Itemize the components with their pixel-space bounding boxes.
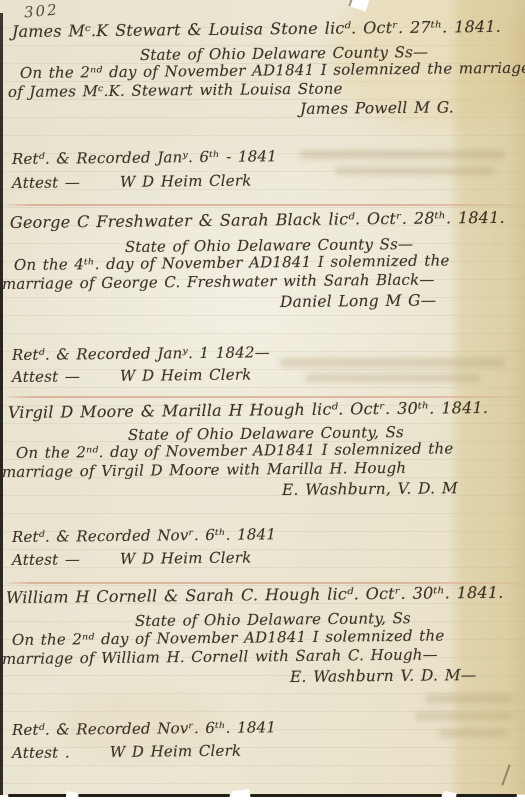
officiant-signature: James Powell M G. — [300, 98, 454, 118]
paper-crack — [501, 764, 510, 785]
entry-body-line: On the 2ⁿᵈ day of November AD1841 I sole… — [20, 59, 525, 82]
ink-bleed-through — [335, 167, 495, 175]
page-number: 302 — [23, 1, 59, 22]
ink-bleed-through — [300, 150, 505, 159]
clerk-signature: W D Heim Clerk — [110, 742, 242, 761]
attest-line: Attest .W D Heim Clerk — [12, 742, 242, 762]
entry-title: George C Freshwater & Sarah Black licᵈ. … — [10, 208, 505, 232]
attest-label: Attest — — [12, 367, 80, 386]
entry-title: James Mᶜ.K Stewart & Louisa Stone licᵈ. … — [12, 17, 501, 41]
entry-divider-line — [5, 204, 517, 206]
page-bottom-edge — [8, 794, 68, 797]
page-bottom-edge — [455, 794, 517, 797]
clerk-signature: W D Heim Clerk — [120, 365, 252, 384]
attest-label: Attest — — [12, 173, 80, 192]
attest-line: Attest —W D Heim Clerk — [12, 171, 252, 192]
entry-title: William H Cornell & Sarah C. Hough licᵈ.… — [6, 583, 504, 607]
page-bottom-edge — [78, 794, 230, 797]
ink-bleed-through — [438, 729, 508, 737]
paper-tear-notch — [231, 789, 250, 800]
page-bottom-edge — [250, 794, 442, 797]
paper-tear-notch — [348, 0, 369, 11]
scanned-ledger-page: 302 James Mᶜ.K Stewart & Louisa Stone li… — [0, 0, 525, 800]
entry-body-line: marriage of William H. Cornell with Sara… — [2, 645, 438, 668]
entry-body-line: of James Mᶜ.K. Stewart with Louisa Stone — [8, 79, 343, 101]
book-gutter-edge — [0, 13, 3, 797]
officiant-signature: E. Washburn, V. D. M — [282, 479, 458, 499]
ink-bleed-through — [280, 358, 505, 367]
clerk-signature: W D Heim Clerk — [120, 171, 252, 190]
ink-bleed-through — [415, 712, 513, 720]
recorded-line: Retᵈ. & Recorded Novʳ. 6ᵗʰ. 1841 — [12, 525, 276, 546]
recorded-line: Retᵈ. & Recorded Janʸ. 1 1842— — [12, 343, 270, 364]
ink-bleed-through — [425, 694, 513, 703]
clerk-signature: W D Heim Clerk — [120, 548, 252, 567]
recorded-line: Retᵈ. & Recorded Novʳ. 6ᵗʰ. 1841 — [12, 718, 276, 739]
attest-label: Attest — — [12, 550, 80, 569]
paper-tear-notch — [65, 791, 78, 800]
paper-tear-notch — [442, 791, 456, 800]
entry-title: Virgil D Moore & Marilla H Hough licᵈ. O… — [8, 398, 488, 422]
attest-line: Attest —W D Heim Clerk — [12, 548, 252, 569]
entry-body-line: marriage of Virgil D Moore with Marilla … — [2, 459, 406, 481]
attest-line: Attest —W D Heim Clerk — [12, 365, 252, 386]
attest-label: Attest . — [12, 743, 70, 762]
ink-bleed-through — [305, 374, 480, 382]
officiant-signature: Daniel Long M G— — [280, 291, 437, 311]
recorded-line: Retᵈ. & Recorded Janʸ. 6ᵗʰ - 1841 — [12, 147, 277, 168]
officiant-signature: E. Washburn V. D. M— — [290, 666, 477, 686]
entry-body-line: marriage of George C. Freshwater with Sa… — [2, 270, 435, 293]
